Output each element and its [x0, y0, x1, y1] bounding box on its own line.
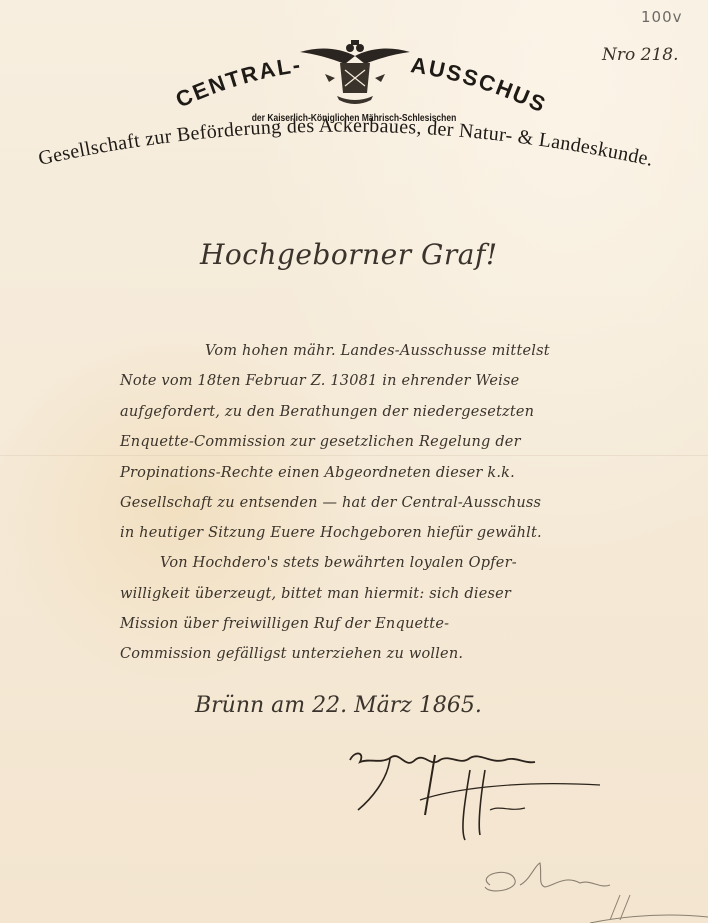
body-line: aufgefordert, zu den Berathungen der nie… [120, 404, 534, 420]
signature-main-icon [330, 740, 610, 860]
svg-text:AUSSCHUSS: AUSSCHUSS [0, 0, 551, 118]
body-line: Enquette-Commission zur gesetzlichen Reg… [120, 434, 521, 450]
body-line: Propinations-Rechte einen Abgeordneten d… [120, 465, 515, 481]
svg-text:CENTRAL-: CENTRAL- [172, 52, 303, 113]
body-line: willigkeit überzeugt, bittet man hiermit… [120, 586, 511, 602]
body-line: Note vom 18ten Februar Z. 13081 in ehren… [120, 373, 519, 389]
letterhead: CENTRAL- AUSSCHUSS Gesellschaft zur Befö… [0, 0, 708, 200]
letterhead-title-right: AUSSCHUSS [0, 0, 551, 118]
body-line: Vom hohen mähr. Landes-Ausschusse mittel… [205, 343, 550, 359]
salutation: Hochgeborner Graf! [200, 238, 498, 271]
body-line: Gesellschaft zu entsenden — hat der Cent… [120, 495, 541, 511]
signature-faded-icon [470, 855, 708, 923]
body-line: Mission über freiwilligen Ruf der Enquet… [120, 616, 449, 632]
letterhead-subtitle: der Kaiserlich-Königlichen Mährisch-Schl… [53, 113, 655, 124]
place-date: Brünn am 22. März 1865. [195, 693, 482, 718]
paper-fold-line [0, 455, 708, 456]
body-line: Von Hochdero's stets bewährten loyalen O… [160, 555, 517, 571]
body-line: in heutiger Sitzung Euere Hochgeboren hi… [120, 525, 542, 541]
letterhead-title-left: CENTRAL- [172, 52, 303, 113]
body-line: Commission gefälligst unterziehen zu wol… [120, 646, 463, 662]
